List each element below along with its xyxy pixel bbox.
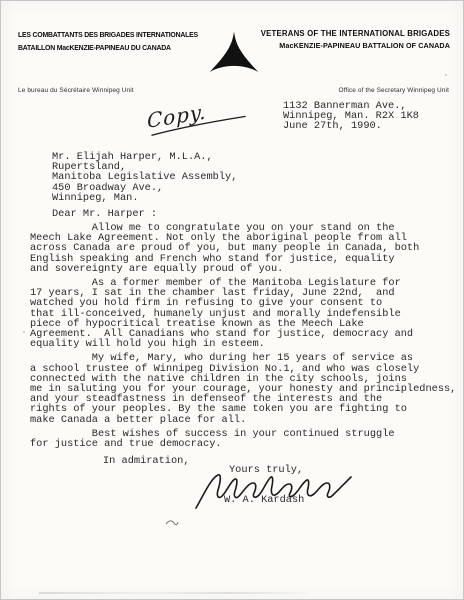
scan-speckle	[445, 74, 447, 76]
three-pointed-star-icon	[207, 28, 261, 80]
pen-squiggle-mark	[164, 517, 180, 529]
signature-typed-name: W. A. Kardash	[224, 495, 304, 505]
sender-address: 1132 Bannerman Ave., Winnipeg, Man. R2X …	[283, 101, 419, 132]
paragraph-3: My wife, Mary, who during her 15 years o…	[30, 353, 460, 424]
letterhead-english: VETERANS OF THE INTERNATIONAL BRIGADES M…	[261, 28, 450, 52]
letterhead-french-line1: LES COMBATTANTS DES BRIGADES INTERNATION…	[18, 29, 198, 42]
letterhead-french: LES COMBATTANTS DES BRIGADES INTERNATION…	[18, 29, 198, 55]
office-label-french: Le bureau du Sécrétaire Winnipeg Unit	[18, 87, 134, 94]
office-label-english: Office of the Secretary Winnipeg Unit	[338, 87, 449, 94]
paragraph-1: Allow me to congratulate you on your sta…	[30, 223, 460, 274]
scan-noise-line	[39, 592, 309, 594]
salutation: Dear Mr. Harper :	[52, 209, 157, 219]
paragraph-2: As a former member of the Manitoba Legis…	[30, 278, 460, 349]
handwritten-copy-note: Copy.	[145, 93, 248, 138]
letter-body: Allow me to congratulate you on your sta…	[30, 223, 460, 453]
letterhead-english-line2: MacKENZIE-PAPINEAU BATTALION OF CANADA	[261, 40, 450, 52]
letterhead-english-line1: VETERANS OF THE INTERNATIONAL BRIGADES	[261, 28, 450, 40]
recipient-address: Mr. Elijah Harper, M.L.A., Rupertsland, …	[52, 152, 237, 203]
scanned-letter-page: LES COMBATTANTS DES BRIGADES INTERNATION…	[0, 0, 464, 600]
scan-speckle	[23, 331, 25, 333]
letterhead-french-line2: BATAILLON MacKENZIE-PAPINEAU DU CANADA	[18, 42, 198, 55]
paragraph-4: Best wishes of success in your continued…	[30, 429, 460, 449]
closing-informal: In admiration,	[103, 456, 190, 466]
